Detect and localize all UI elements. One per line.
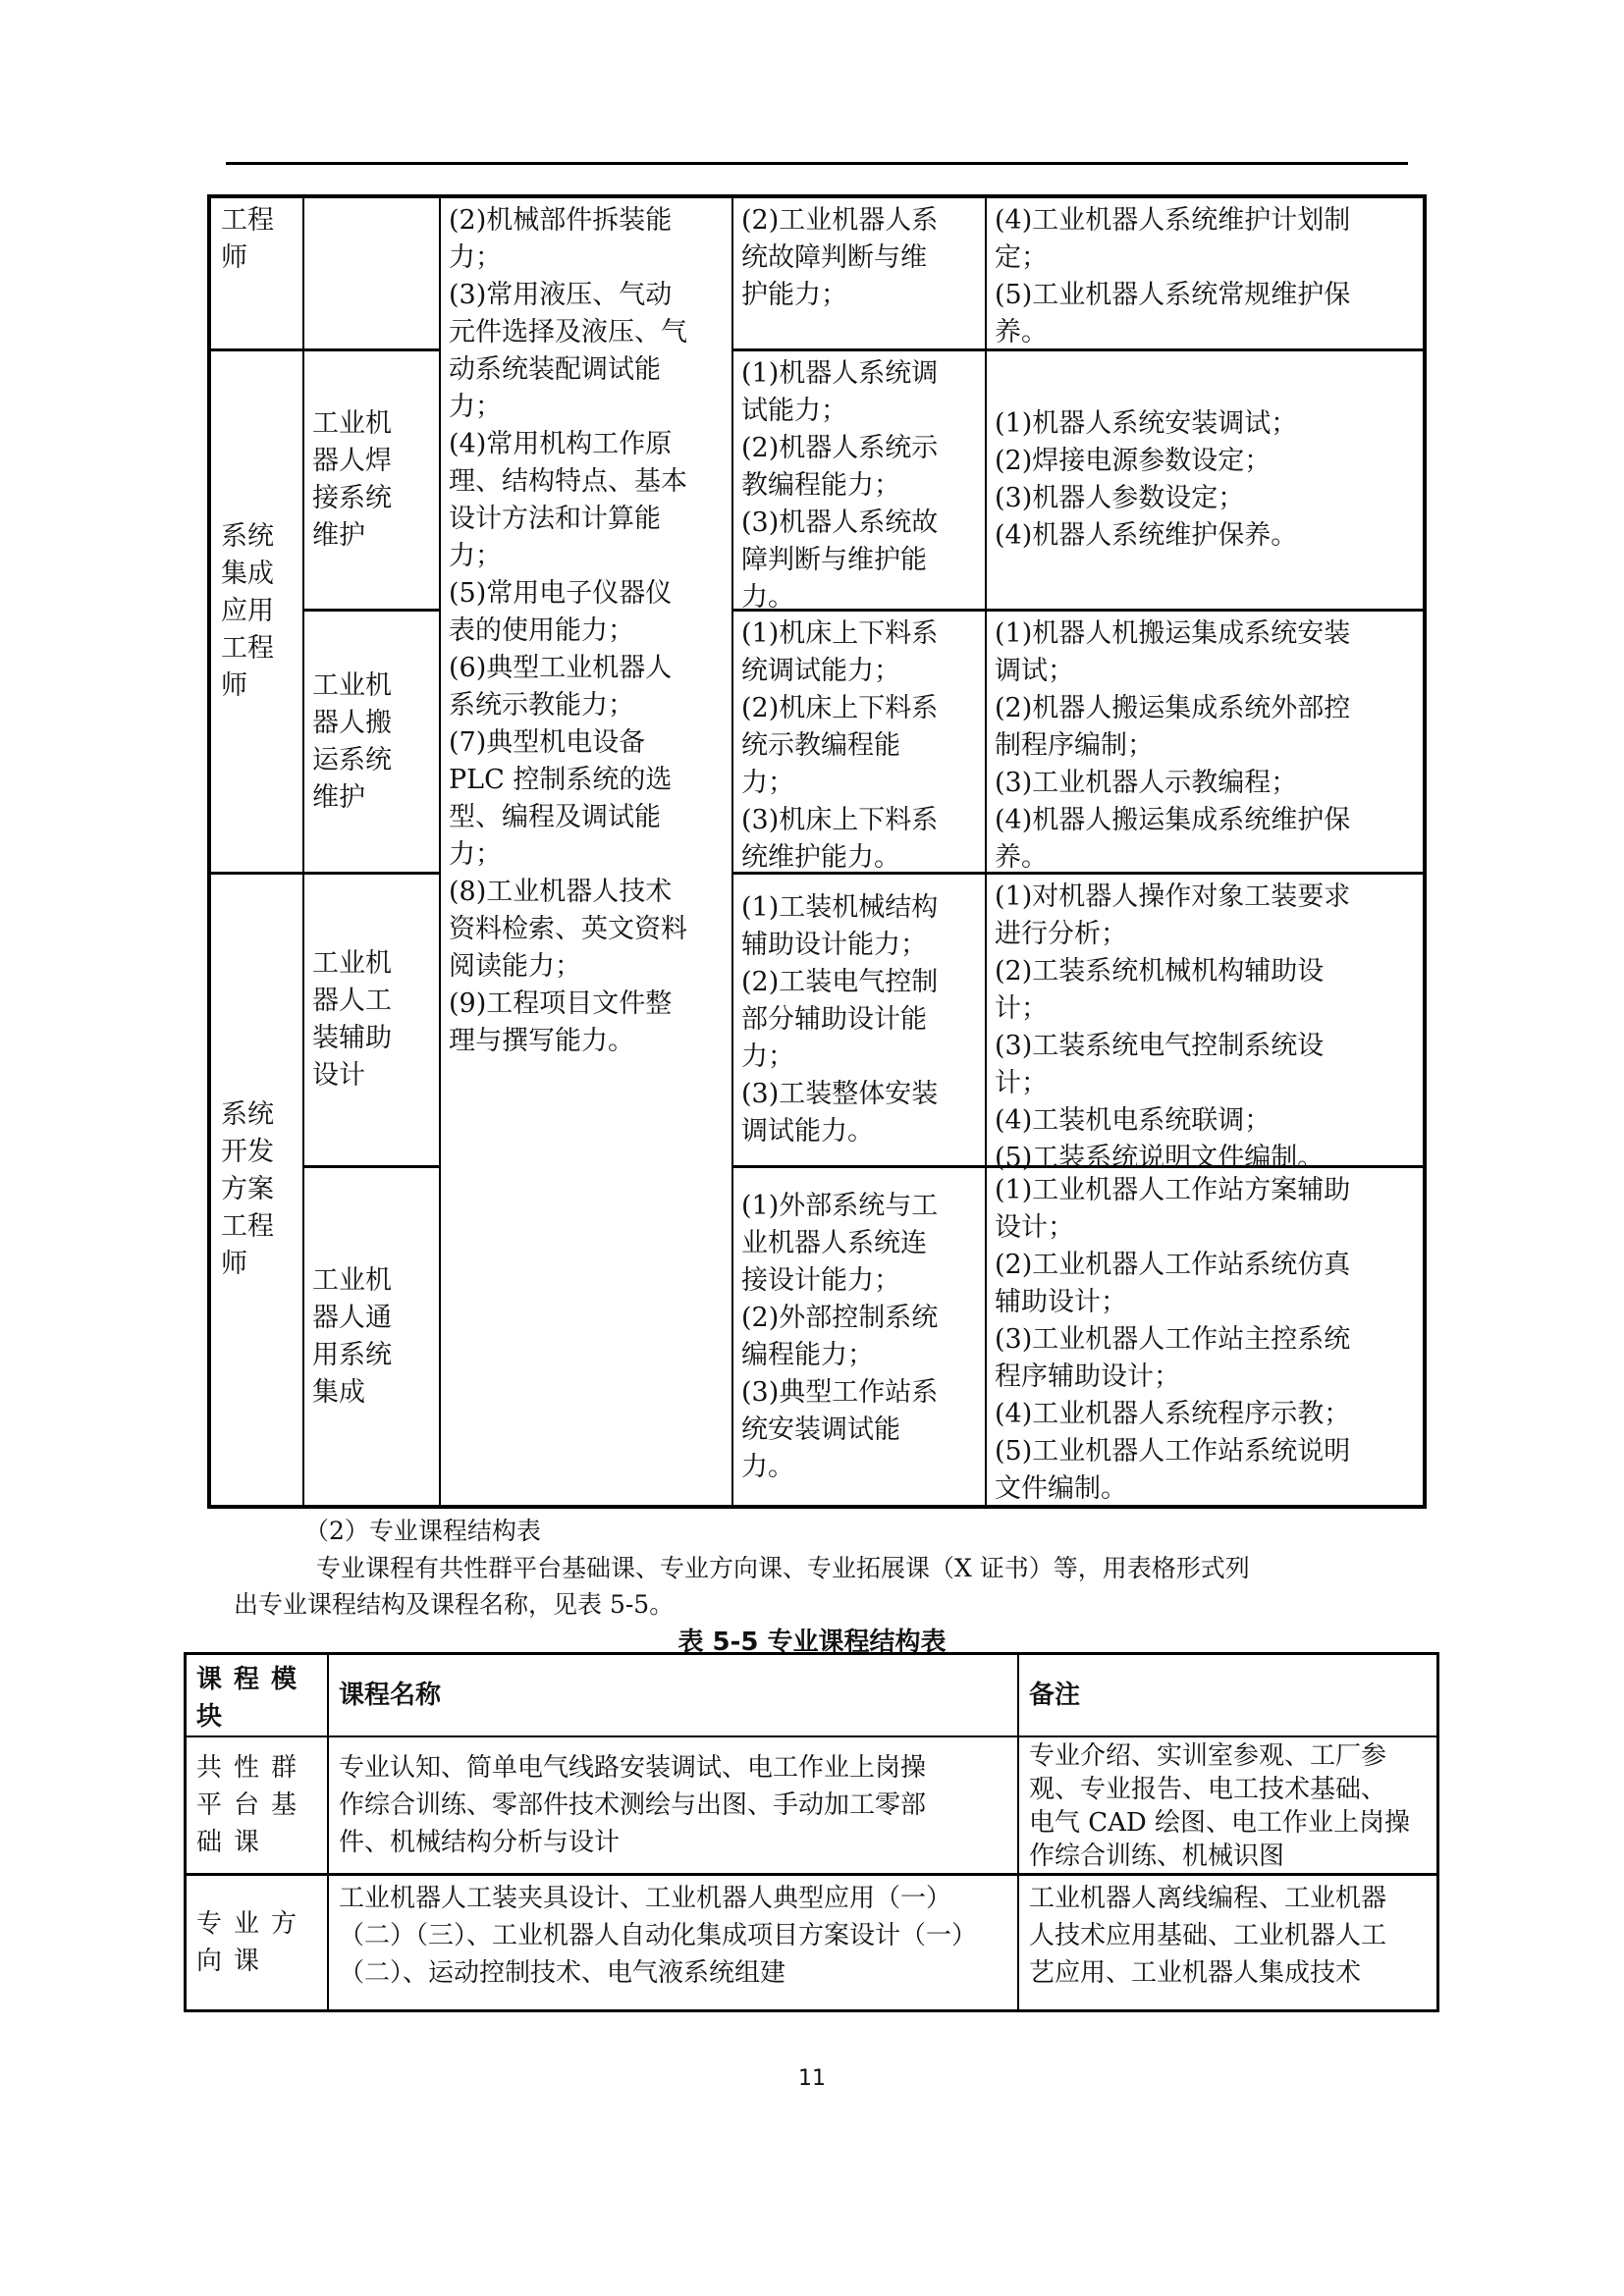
courses-cell: 专业认知、简单电气线路安装调试、电工作业上岗操 作综合训练、零部件技术测绘与出图… [329,1737,1017,1873]
work-cell: (4)工业机器人系统维护计划制 定； (5)工业机器人系统常规维护保 养。 [985,198,1427,348]
ability-label: (1)工装机械结构 辅助设计能力； (2)工装电气控制 部分辅助设计能 力； (… [741,889,938,1150]
ability-cell: (1)外部系统与工 业机器人系统连 接设计能力； (2)外部控制系统 编程能力；… [731,1168,985,1505]
task-label: 工业机 器人通 用系统 集成 [312,1262,392,1412]
role-cell: 工程 师 [211,198,302,348]
task-cell: 工业机 器人工 装辅助 设计 [302,875,439,1165]
job-ability-table: 工程 师 (2)工业机器人系 统故障判断与维 护能力； (4)工业机器人系统维护… [207,194,1427,1509]
work-cell: (1)对机器人操作对象工装要求 进行分析； (2)工装系统机械机构辅助设 计； … [985,875,1427,1165]
task-label: 工业机 器人工 装辅助 设计 [312,945,392,1095]
module-cell: 专业方 向课 [187,1876,327,2009]
ability-cell: (1)机器人系统调 试能力； (2)机器人系统示 教编程能力； (3)机器人系统… [731,351,985,609]
paragraph-line-2: 出专业课程结构及课程名称，见表 5-5。 [234,1587,674,1623]
task-cell: 工业机 器人焊 接系统 维护 [302,351,439,609]
task-label: 工业机 器人焊 接系统 维护 [312,405,392,555]
role-label: 系统 开发 方案 工程 师 [221,1096,274,1283]
header-rule [226,162,1408,165]
task-cell: 工业机 器人搬 运系统 维护 [302,612,439,872]
ability-cell: (1)机床上下料系 统调试能力； (2)机床上下料系 统示教编程能 力； (3)… [731,612,985,872]
course-structure-table: 课程模 块 课程名称 备注 共性群 平台基 础课 专业认知、简单电气线路安装调试… [184,1652,1439,2012]
notes-cell: 专业介绍、实训室参观、工厂参 观、专业报告、电工技术基础、 电气 CAD 绘图、… [1019,1737,1436,1873]
header-label: 备注 [1029,1677,1080,1714]
module-label: 专业方 向课 [196,1905,308,1980]
work-label: (1)机器人系统安装调试； (2)焊接电源参数设定； (3)机器人参数设定； (… [995,405,1297,555]
work-cell: (1)机器人机搬运集成系统安装 调试； (2)机器人搬运集成系统外部控 制程序编… [985,612,1427,872]
header-notes: 备注 [1019,1655,1436,1735]
courses-cell: 工业机器人工装夹具设计、工业机器人典型应用（一） （二）（三）、工业机器人自动化… [329,1876,1017,2009]
role-cell-integration: 系统 集成 应用 工程 师 [211,351,302,872]
ability-label: (1)外部系统与工 业机器人系统连 接设计能力； (2)外部控制系统 编程能力；… [741,1188,938,1486]
notes-cell: 工业机器人离线编程、工业机器 人技术应用基础、工业机器人工 艺应用、工业机器人集… [1019,1876,1436,2009]
ability-cell: (2)工业机器人系 统故障判断与维 护能力； [731,198,985,348]
header-module: 课程模 块 [187,1655,327,1735]
work-cell: (1)机器人系统安装调试； (2)焊接电源参数设定； (3)机器人参数设定； (… [985,351,1427,609]
courses-label: 专业认知、简单电气线路安装调试、电工作业上岗操 作综合训练、零部件技术测绘与出图… [339,1749,926,1861]
role-cell-development: 系统 开发 方案 工程 师 [211,875,302,1505]
module-cell: 共性群 平台基 础课 [187,1737,327,1873]
section-heading: （2）专业课程结构表 [304,1514,541,1549]
header-course-name: 课程名称 [329,1655,1017,1735]
role-label: 系统 集成 应用 工程 师 [221,518,274,705]
header-label: 课程名称 [339,1677,441,1714]
paragraph-line-1: 专业课程有共性群平台基础课、专业方向课、专业拓展课（X 证书）等，用表格形式列 [316,1551,1250,1586]
module-label: 共性群 平台基 础课 [196,1749,308,1861]
ability-cell: (1)工装机械结构 辅助设计能力； (2)工装电气控制 部分辅助设计能 力； (… [731,875,985,1165]
task-cell [302,198,439,348]
task-cell: 工业机 器人通 用系统 集成 [302,1168,439,1505]
page-number: 11 [0,2066,1624,2091]
core-ability-cell: (2)机械部件拆装能 力； (3)常用液压、气动 元件选择及液压、气 动系统装配… [439,198,731,1505]
task-label: 工业机 器人搬 运系统 维护 [312,667,392,817]
work-cell: (1)工业机器人工作站方案辅助 设计； (2)工业机器人工作站系统仿真 辅助设计… [985,1168,1427,1505]
